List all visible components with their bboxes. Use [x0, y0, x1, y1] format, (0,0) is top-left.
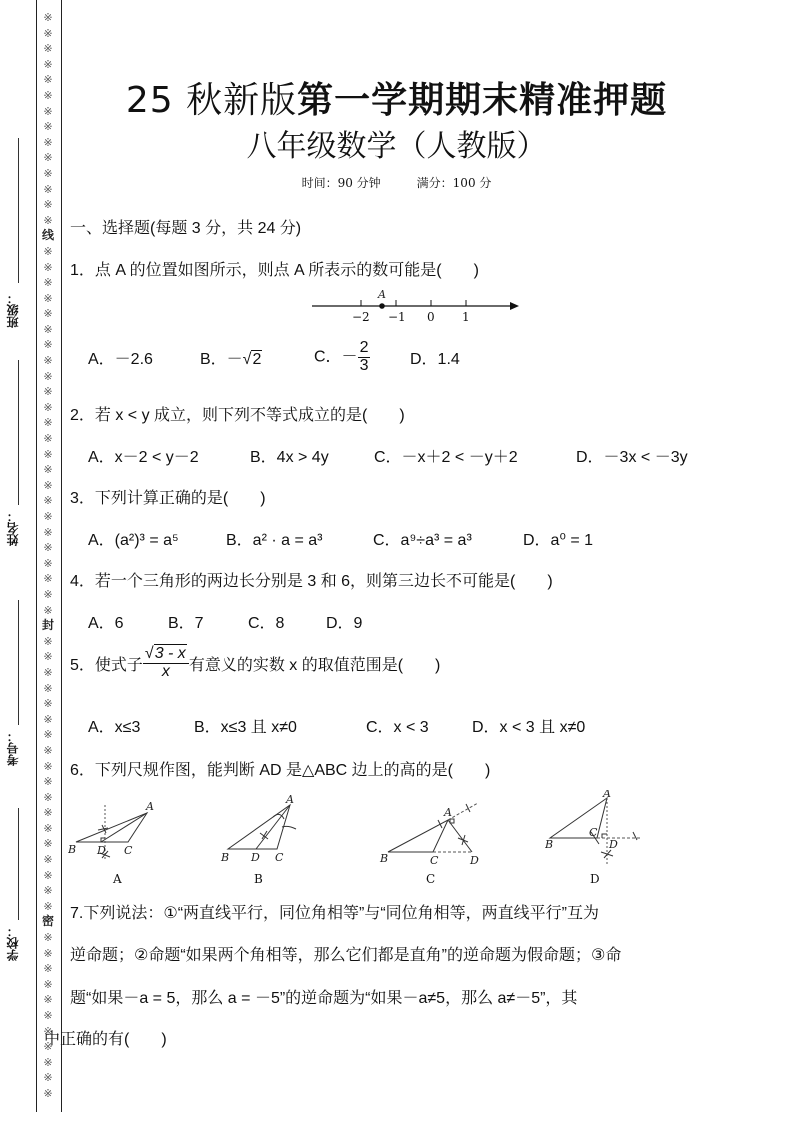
pattern-mark: ※	[40, 930, 56, 946]
question-7-line-4: 中正确的有( )	[44, 1026, 167, 1049]
q5-option-d[interactable]: D．x < 3 且 x≠0	[472, 714, 585, 737]
pattern-mark: ※	[40, 57, 56, 73]
svg-text:0: 0	[427, 310, 435, 324]
pattern-mark: ※	[40, 213, 56, 229]
svg-text:−1: −1	[388, 310, 406, 324]
seal-mark: 密	[40, 914, 56, 930]
pattern-mark: ※	[40, 540, 56, 556]
svg-text:C: C	[589, 826, 598, 839]
pattern-mark: ※	[40, 509, 56, 525]
pattern-mark: ※	[40, 665, 56, 681]
pattern-mark: ※	[40, 1070, 56, 1086]
svg-text:A: A	[285, 795, 294, 806]
name-underline	[18, 360, 19, 505]
q3-option-d[interactable]: D．a⁰ = 1	[523, 527, 593, 550]
q3-option-c[interactable]: C．a⁹÷a³ = a³	[373, 527, 523, 550]
figure-option-d[interactable]: A B C D D	[545, 790, 655, 890]
pattern-mark: ※	[40, 743, 56, 759]
question-5-stem: 5．使式子√3 - xx有意义的实数 x 的取值范围是( )	[70, 646, 440, 681]
number-line-figure: A −2 −1 0 1	[310, 285, 525, 327]
pattern-mark: ※	[40, 41, 56, 57]
time-limit: 时间：90 分钟	[302, 176, 381, 190]
exam-subtitle: 八年级数学（人教版）	[0, 121, 793, 165]
section-heading: 一、选择题(每题 3 分，共 24 分)	[70, 215, 301, 238]
svg-text:−2: −2	[352, 310, 370, 324]
pattern-mark: ※	[40, 431, 56, 447]
exam-title: 25 秋新版第一学期期末精准押题	[0, 72, 793, 123]
question-4-options: A．6B．7C．8D．9	[88, 610, 362, 633]
title-edition: 25 秋新版	[126, 80, 297, 121]
svg-text:C: C	[124, 844, 133, 857]
q1-option-a[interactable]: A．－2.6	[88, 346, 200, 369]
svg-text:B: B	[68, 843, 76, 856]
pattern-mark: ※	[40, 977, 56, 993]
question-2-stem: 2．若 x < y 成立，则下列不等式成立的是( )	[70, 402, 405, 425]
q5-stem-prefix: 5．使式子	[70, 657, 143, 674]
pattern-mark: ※	[40, 821, 56, 837]
pattern-mark: ※	[40, 603, 56, 619]
q1-option-d[interactable]: D．1.4	[410, 346, 460, 369]
q3-option-b[interactable]: B．a² · a = a³	[226, 527, 373, 550]
pattern-mark: ※	[40, 306, 56, 322]
question-7-line-2: 逆命题；②命题“如果两个角相等，那么它们都是直角”的逆命题为假命题；③命	[70, 942, 621, 965]
q4-option-c[interactable]: C．8	[248, 610, 326, 633]
q2-option-d[interactable]: D．－3x < －3y	[576, 444, 688, 467]
exam-meta: 时间：90 分钟满分：100 分	[0, 174, 793, 191]
figure-option-c[interactable]: A B C D C	[378, 800, 488, 890]
q2-option-a[interactable]: A．x－2 < y－2	[88, 444, 250, 467]
pattern-mark: ※	[40, 400, 56, 416]
pattern-mark: ※	[40, 587, 56, 603]
margin-inner-line	[61, 0, 62, 1112]
pattern-mark: ※	[40, 681, 56, 697]
exam-number-underline	[18, 600, 19, 725]
question-5-options: A．x≤3B．x≤3 且 x≠0C．x < 3D．x < 3 且 x≠0	[88, 714, 585, 737]
q5-option-b[interactable]: B．x≤3 且 x≠0	[194, 714, 366, 737]
question-3-options: A．(a²)³ = a⁵B．a² · a = a³C．a⁹÷a³ = a³D．a…	[88, 527, 593, 550]
q4-option-b[interactable]: B．7	[168, 610, 248, 633]
pattern-mark: ※	[40, 759, 56, 775]
pattern-mark: ※	[40, 291, 56, 307]
question-3-stem: 3．下列计算正确的是( )	[70, 485, 266, 508]
q3-option-a[interactable]: A．(a²)³ = a⁵	[88, 527, 226, 550]
question-1-options: A．－2.6B．－√2C．－23D．1.4	[88, 340, 460, 375]
pattern-mark: ※	[40, 571, 56, 587]
pattern-mark: ※	[40, 774, 56, 790]
pattern-mark: ※	[40, 992, 56, 1008]
full-score: 满分：100 分	[417, 176, 492, 190]
pattern-mark: ※	[40, 26, 56, 42]
question-7-line-1: 7.下列说法：①“两直线平行，同位角相等”与“同位角相等，两直线平行”互为	[70, 900, 599, 923]
pattern-mark: ※	[40, 1008, 56, 1024]
pattern-mark: ※	[40, 10, 56, 26]
q5-fraction: √3 - xx	[143, 646, 189, 681]
svg-text:C: C	[275, 851, 284, 864]
exam-number-label: 考号：	[4, 730, 24, 766]
pattern-mark: ※	[40, 852, 56, 868]
q1-option-c[interactable]: C．－23	[314, 340, 410, 375]
svg-text:A: A	[443, 806, 452, 819]
q2-option-c[interactable]: C．－x＋2 < －y＋2	[374, 444, 576, 467]
svg-text:C: C	[430, 854, 439, 867]
q5-option-a[interactable]: A．x≤3	[88, 714, 194, 737]
pattern-mark: ※	[40, 790, 56, 806]
svg-text:1: 1	[462, 310, 470, 324]
pattern-mark: ※	[40, 649, 56, 665]
svg-text:B: B	[379, 852, 388, 865]
margin-outer-line	[36, 0, 37, 1112]
q1-option-b[interactable]: B．－√2	[200, 346, 314, 369]
seal-mark: 线	[40, 228, 56, 244]
pattern-mark: ※	[40, 415, 56, 431]
title-main: 第一学期期末精准押题	[297, 80, 667, 121]
class-label: 班级：	[4, 292, 24, 328]
svg-text:A: A	[602, 790, 611, 800]
pattern-mark: ※	[40, 478, 56, 494]
pattern-mark: ※	[40, 353, 56, 369]
pattern-mark: ※	[40, 260, 56, 276]
pattern-mark: ※	[40, 556, 56, 572]
question-1-stem: 1．点 A 的位置如图所示，则点 A 所表示的数可能是( )	[70, 257, 479, 280]
pattern-mark: ※	[40, 868, 56, 884]
pattern-mark: ※	[40, 1055, 56, 1071]
pattern-mark: ※	[40, 883, 56, 899]
q4-option-a[interactable]: A．6	[88, 610, 168, 633]
pattern-mark: ※	[40, 275, 56, 291]
school-underline	[18, 808, 19, 920]
pattern-mark: ※	[40, 634, 56, 650]
svg-text:B: B	[220, 851, 229, 864]
q5-stem-suffix: 有意义的实数 x 的取值范围是( )	[189, 657, 441, 674]
pattern-mark: ※	[40, 337, 56, 353]
question-2-options: A．x－2 < y－2B．4x > 4yC．－x＋2 < －y＋2D．－3x <…	[88, 444, 688, 467]
pattern-mark: ※	[40, 696, 56, 712]
pattern-mark: ※	[40, 197, 56, 213]
figure-option-b[interactable]: A B D C B	[220, 795, 320, 890]
pattern-mark: ※	[40, 384, 56, 400]
pattern-mark: ※	[40, 244, 56, 260]
pattern-mark: ※	[40, 369, 56, 385]
pattern-mark: ※	[40, 805, 56, 821]
pattern-mark: ※	[40, 961, 56, 977]
pattern-mark: ※	[40, 525, 56, 541]
q4-option-d[interactable]: D．9	[326, 610, 362, 633]
svg-text:A: A	[377, 288, 386, 301]
q5-option-c[interactable]: C．x < 3	[366, 714, 472, 737]
pattern-mark: ※	[40, 447, 56, 463]
pattern-mark: ※	[40, 899, 56, 915]
pattern-mark: ※	[40, 322, 56, 338]
svg-text:B: B	[254, 872, 263, 886]
svg-text:A: A	[145, 800, 154, 813]
school-label: 学校：	[4, 925, 24, 961]
q2-option-b[interactable]: B．4x > 4y	[250, 444, 374, 467]
svg-text:D: D	[608, 838, 618, 851]
svg-text:C: C	[426, 872, 435, 886]
svg-text:D: D	[96, 844, 106, 857]
pattern-mark: ※	[40, 727, 56, 743]
pattern-mark: ※	[40, 712, 56, 728]
svg-text:D: D	[590, 872, 600, 886]
seal-mark: 封	[40, 618, 56, 634]
pattern-mark: ※	[40, 1086, 56, 1102]
svg-text:A: A	[112, 872, 122, 886]
figure-option-a[interactable]: A B D C A	[68, 795, 168, 890]
pattern-mark: ※	[40, 493, 56, 509]
question-6-stem: 6．下列尺规作图，能判断 AD 是△ABC 边上的高的是( )	[70, 757, 490, 780]
pattern-mark: ※	[40, 836, 56, 852]
pattern-mark: ※	[40, 462, 56, 478]
svg-text:D: D	[250, 851, 260, 864]
name-label: 姓名：	[4, 510, 24, 546]
svg-text:B: B	[545, 838, 553, 851]
pattern-mark: ※	[40, 946, 56, 962]
question-4-stem: 4．若一个三角形的两边长分别是 3 和 6，则第三边长不可能是( )	[70, 568, 553, 591]
question-7-line-3: 题“如果－a = 5，那么 a = －5”的逆命题为“如果－a≠5，那么 a≠－…	[70, 985, 577, 1008]
svg-text:D: D	[469, 854, 479, 867]
